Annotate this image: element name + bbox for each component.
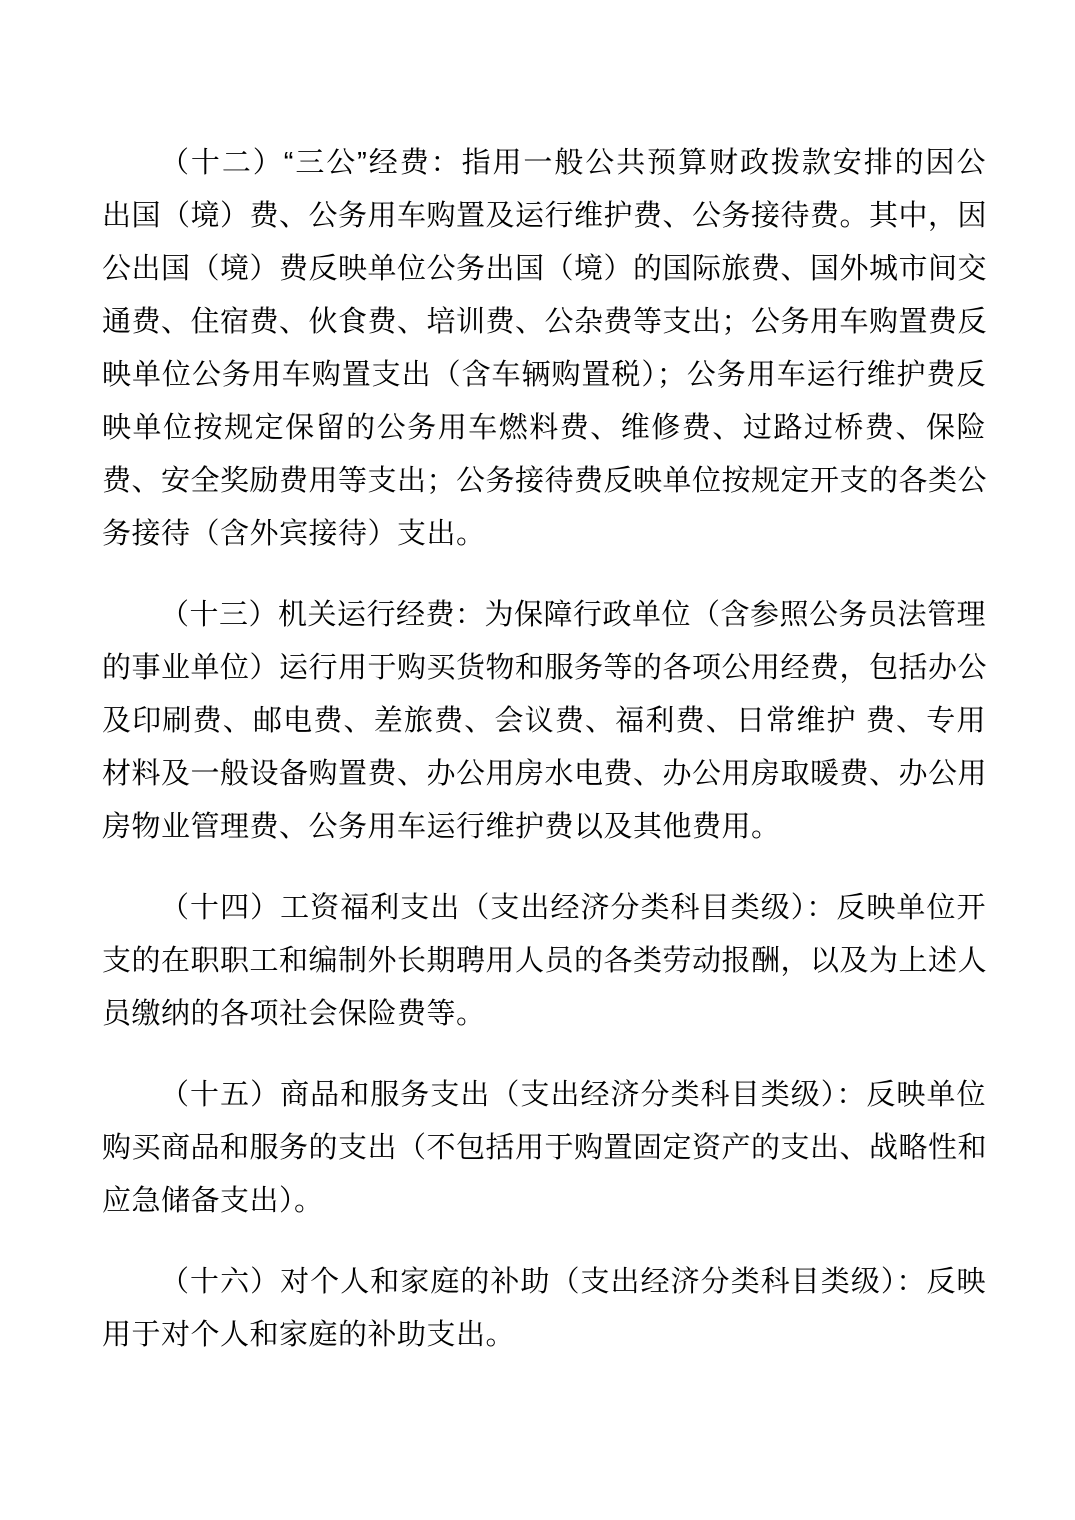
text-line: 出国（境）费、公务用车购置及运行维护费、公务接待费。其中，因 — [102, 190, 986, 243]
document-body: （十二）“三公”经费：指用一般公共预算财政拨款安排的因公出国（境）费、公务用车购… — [102, 137, 986, 1390]
text-line: 映单位公务用车购置支出（含车辆购置税）；公务用车运行维护费反 — [102, 349, 986, 402]
document-page: （十二）“三公”经费：指用一般公共预算财政拨款安排的因公出国（境）费、公务用车购… — [0, 0, 1075, 1520]
text-line: 通费、住宿费、伙食费、培训费、公杂费等支出；公务用车购置费反 — [102, 296, 986, 349]
text-line: （十六）对个人和家庭的补助（支出经济分类科目类级）：反映 — [102, 1256, 986, 1309]
text-line: 应急储备支出）。 — [102, 1175, 986, 1228]
paragraph-item-15: （十五）商品和服务支出（支出经济分类科目类级）：反映单位购买商品和服务的支出（不… — [102, 1069, 986, 1228]
paragraph-item-13: （十三）机关运行经费：为保障行政单位（含参照公务员法管理的事业单位）运行用于购买… — [102, 589, 986, 854]
text-line: （十四）工资福利支出（支出经济分类科目类级）：反映单位开 — [102, 882, 986, 935]
text-line: 支的在职职工和编制外长期聘用人员的各类劳动报酬，以及为上述人 — [102, 935, 986, 988]
paragraph-item-12: （十二）“三公”经费：指用一般公共预算财政拨款安排的因公出国（境）费、公务用车购… — [102, 137, 986, 561]
text-line: 映单位按规定保留的公务用车燃料费、维修费、过路过桥费、保险 — [102, 402, 986, 455]
text-line: 房物业管理费、公务用车运行维护费以及其他费用。 — [102, 801, 986, 854]
text-line: 购买商品和服务的支出（不包括用于购置固定资产的支出、战略性和 — [102, 1122, 986, 1175]
text-line: 务接待（含外宾接待）支出。 — [102, 508, 986, 561]
paragraph-item-16: （十六）对个人和家庭的补助（支出经济分类科目类级）：反映用于对个人和家庭的补助支… — [102, 1256, 986, 1362]
text-line: （十三）机关运行经费：为保障行政单位（含参照公务员法管理 — [102, 589, 986, 642]
text-line: 公出国（境）费反映单位公务出国（境）的国际旅费、国外城市间交 — [102, 243, 986, 296]
text-line: 费、安全奖励费用等支出；公务接待费反映单位按规定开支的各类公 — [102, 455, 986, 508]
text-line: 员缴纳的各项社会保险费等。 — [102, 988, 986, 1041]
text-line: （十五）商品和服务支出（支出经济分类科目类级）：反映单位 — [102, 1069, 986, 1122]
paragraph-item-14: （十四）工资福利支出（支出经济分类科目类级）：反映单位开支的在职职工和编制外长期… — [102, 882, 986, 1041]
text-line: （十二）“三公”经费：指用一般公共预算财政拨款安排的因公 — [102, 137, 986, 190]
text-line: 及印刷费、邮电费、差旅费、会议费、福利费、日常维护 费、专用 — [102, 695, 986, 748]
text-line: 的事业单位）运行用于购买货物和服务等的各项公用经费，包括办公 — [102, 642, 986, 695]
text-line: 用于对个人和家庭的补助支出。 — [102, 1309, 986, 1362]
text-line: 材料及一般设备购置费、办公用房水电费、办公用房取暖费、办公用 — [102, 748, 986, 801]
